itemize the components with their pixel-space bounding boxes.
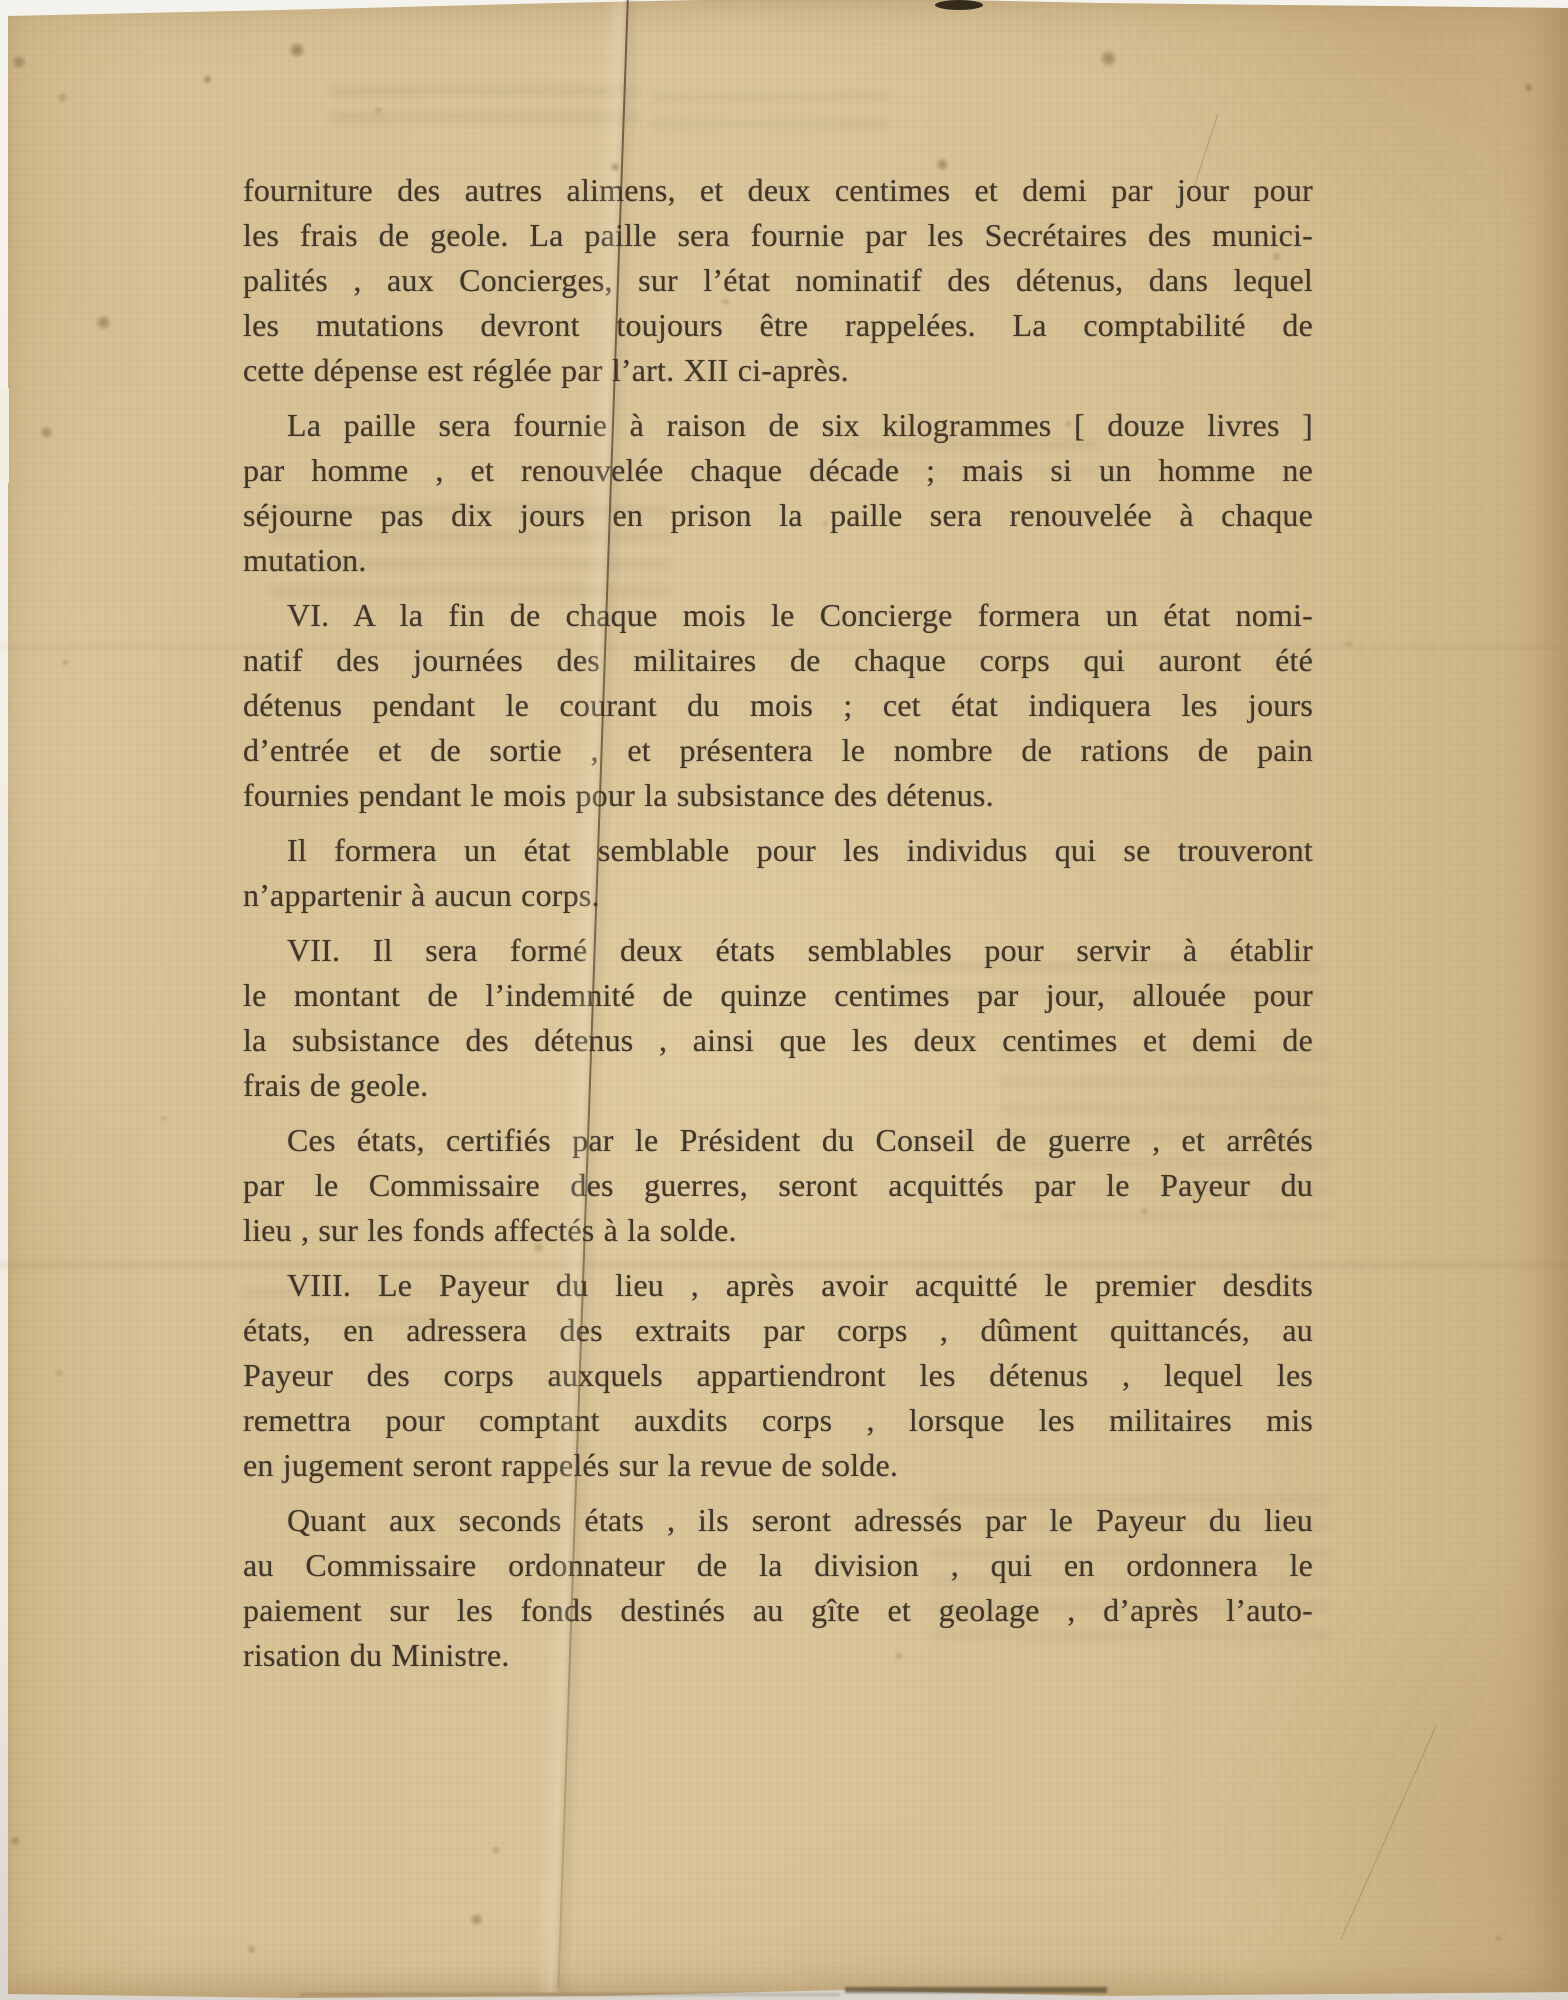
bottom-edge-shadow <box>300 1993 840 1996</box>
foxing-spot <box>160 1115 167 1122</box>
text-line: lieu , sur les fonds affectés à la solde… <box>243 1208 1313 1253</box>
foxing-spot <box>1100 50 1117 67</box>
foxing-spot <box>470 1913 483 1926</box>
text-line: fourniture des autres alimens, et deux c… <box>243 168 1313 213</box>
text-line: frais de geole. <box>243 1063 1313 1108</box>
scanned-document: fourniture des autres alimens, et deux c… <box>0 0 1568 2000</box>
foxing-spot <box>822 520 829 527</box>
foxing-spot <box>10 1836 20 1846</box>
text-line: remettra pour comptant auxdits corps , l… <box>243 1398 1313 1443</box>
foxing-spot <box>895 1652 903 1660</box>
text-line: Ces états, certifiés par le Président du… <box>243 1118 1313 1163</box>
foxing-spot <box>12 55 26 69</box>
text-line: risation du Ministre. <box>243 1633 1313 1678</box>
ink-blot <box>935 0 983 10</box>
text-line: Payeur des corps auxquels appartiendront… <box>243 1353 1313 1398</box>
foxing-spot <box>55 1369 63 1377</box>
text-line: par homme , et renouvelée chaque décade … <box>243 448 1313 493</box>
foxing-spot <box>96 315 111 330</box>
foxing-spot <box>1141 1207 1149 1215</box>
foxing-spot <box>289 42 305 58</box>
text-line: cette dépense est réglée par l’art. XII … <box>243 348 1313 393</box>
foxing-spot <box>610 162 620 172</box>
text-line: Quant aux seconds états , ils seront adr… <box>243 1498 1313 1543</box>
foxing-spot <box>721 297 730 306</box>
body-text: fourniture des autres alimens, et deux c… <box>243 168 1313 1678</box>
paragraph: Quant aux seconds états , ils seront adr… <box>243 1498 1313 1678</box>
text-line: n’appartenir à aucun corps. <box>243 873 1313 918</box>
text-line: la subsistance des détenus , ainsi que l… <box>243 1018 1313 1063</box>
text-line: états, en adressera des extraits par cor… <box>243 1308 1313 1353</box>
text-line: mutation. <box>243 538 1313 583</box>
text-line: au Commissaire ordonnateur de la divisio… <box>243 1543 1313 1588</box>
paragraph: Ces états, certifiés par le Président du… <box>243 1118 1313 1253</box>
text-line: palités , aux Concierges, sur l’état nom… <box>243 258 1313 303</box>
foxing-spot <box>1272 252 1281 261</box>
bottom-edge-shadow <box>845 1987 1107 1993</box>
text-line: VIII. Le Payeur du lieu , après avoir ac… <box>243 1263 1313 1308</box>
text-line: natif des journées des militaires de cha… <box>243 638 1313 683</box>
paragraph: VII. Il sera formé deux états semblables… <box>243 928 1313 1108</box>
text-line: en jugement seront rappelés sur la revue… <box>243 1443 1313 1488</box>
foxing-spot <box>203 75 212 84</box>
text-line: les mutations devront toujours être rapp… <box>243 303 1313 348</box>
text-line: La paille sera fournie à raison de six k… <box>243 403 1313 448</box>
foxing-spot <box>247 1945 256 1954</box>
text-line: paiement sur les fonds destinés au gîte … <box>243 1588 1313 1633</box>
foxing-spot <box>1524 83 1533 92</box>
text-line: séjourne pas dix jours en prison la pail… <box>243 493 1313 538</box>
paragraph: fourniture des autres alimens, et deux c… <box>243 168 1313 393</box>
text-line: VI. A la fin de chaque mois le Concierge… <box>243 593 1313 638</box>
foxing-spot <box>374 106 383 115</box>
ink-bleed-ghost <box>650 92 890 136</box>
foxing-spot <box>62 659 69 666</box>
text-line: les frais de geole. La paille sera fourn… <box>243 213 1313 258</box>
text-line: VII. Il sera formé deux états semblables… <box>243 928 1313 973</box>
text-line: détenus pendant le courant du mois ; cet… <box>243 683 1313 728</box>
text-line: Il formera un état semblable pour les in… <box>243 828 1313 873</box>
paragraph: VI. A la fin de chaque mois le Concierge… <box>243 593 1313 818</box>
text-line: par le Commissaire des guerres, seront a… <box>243 1163 1313 1208</box>
text-line: d’entrée et de sortie , et présentera le… <box>243 728 1313 773</box>
foxing-spot <box>533 1242 544 1253</box>
text-line: fournies pendant le mois pour la subsist… <box>243 773 1313 818</box>
foxing-spot <box>936 158 949 171</box>
foxing-spot <box>40 426 53 439</box>
page-edge-highlight <box>0 388 9 483</box>
foxing-spot <box>1345 640 1353 648</box>
text-line: le montant de l’indemnité de quinze cent… <box>243 973 1313 1018</box>
paragraph: VIII. Le Payeur du lieu , après avoir ac… <box>243 1263 1313 1488</box>
foxing-spot <box>1495 1935 1502 1942</box>
foxing-spot <box>446 228 457 239</box>
foxing-spot <box>57 92 68 103</box>
paragraph: Il formera un état semblable pour les in… <box>243 828 1313 918</box>
foxing-spot <box>492 1846 500 1854</box>
foxing-spot <box>1065 420 1072 427</box>
paragraph: La paille sera fournie à raison de six k… <box>243 403 1313 583</box>
